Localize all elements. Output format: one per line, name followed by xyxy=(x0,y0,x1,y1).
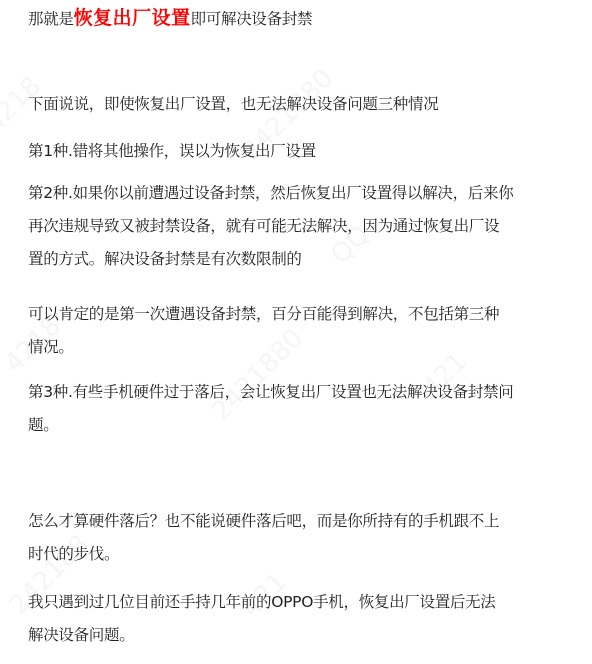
paragraph-line: 怎么才算硬件落后？也不能说硬件落后吧，而是你所持有的手机跟不上 xyxy=(28,505,568,538)
paragraph-line: 情况。 xyxy=(28,331,568,364)
paragraph-case-2-note: 可以肯定的是第一次遭遇设备封禁，百分百能得到解决，不包括第三种 情况。 xyxy=(28,298,568,364)
paragraph-oppo-example: 我只遇到过几位目前还手持几年前的OPPO手机，恢复出厂设置后无法 解决设备问题。 xyxy=(28,586,568,652)
paragraph-case-2: 第2种.如果你以前遭遇过设备封禁，然后恢复出厂设置得以解决，后来你 再次违规导致… xyxy=(28,177,568,276)
intro-prefix: 那就是 xyxy=(28,10,74,28)
paragraph-line: 时代的步伐。 xyxy=(28,538,568,571)
paragraph-line: 第3种.有些手机硬件过于落后，会让恢复出厂设置也无法解决设备封禁问 xyxy=(28,376,568,409)
paragraph-line: 我只遇到过几位目前还手持几年前的OPPO手机，恢复出厂设置后无法 xyxy=(28,586,568,619)
paragraph-case-3: 第3种.有些手机硬件过于落后，会让恢复出厂设置也无法解决设备封禁问 题。 xyxy=(28,376,568,442)
paragraph-hardware-question: 怎么才算硬件落后？也不能说硬件落后吧，而是你所持有的手机跟不上 时代的步伐。 xyxy=(28,505,568,571)
paragraph-overview: 下面说说，即使恢复出厂设置，也无法解决设备问题三种情况 xyxy=(28,88,568,121)
paragraph-line: 题。 xyxy=(28,409,568,442)
paragraph-line: 第2种.如果你以前遭遇过设备封禁，然后恢复出厂设置得以解决，后来你 xyxy=(28,177,568,210)
paragraph-line: 置的方式。解决设备封禁是有次数限制的 xyxy=(28,243,568,276)
intro-suffix: 即可解决设备封禁 xyxy=(191,10,313,28)
intro-paragraph: 那就是恢复出厂设置即可解决设备封禁 xyxy=(28,2,568,36)
paragraph-line: 解决设备问题。 xyxy=(28,619,568,652)
highlight-text: 恢复出厂设置 xyxy=(74,7,191,29)
paragraph-line: 再次违规导致又被封禁设备，就有可能无法解决，因为通过恢复出厂设 xyxy=(28,210,568,243)
paragraph-line: 可以肯定的是第一次遭遇设备封禁，百分百能得到解决，不包括第三种 xyxy=(28,298,568,331)
paragraph-case-1: 第1种.错将其他操作，误以为恢复出厂设置 xyxy=(28,135,568,168)
